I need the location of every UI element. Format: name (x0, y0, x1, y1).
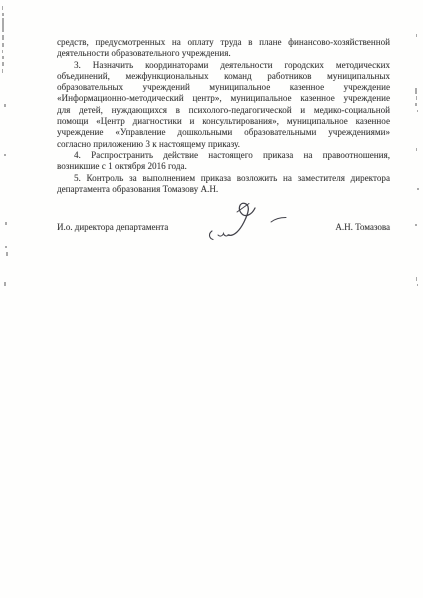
text-line: средств, предусмотренных на оплату труда… (57, 37, 390, 48)
scan-artifact (416, 277, 417, 281)
scanned-document-page: средств, предусмотренных на оплату труда… (0, 0, 423, 598)
scan-artifact (2, 18, 4, 32)
scan-artifact (5, 246, 7, 248)
scan-artifact (2, 6, 3, 10)
scan-artifact (415, 103, 417, 106)
scan-artifact (2, 13, 4, 16)
text-line: помощи «Центр диагностики и консультиров… (57, 116, 390, 127)
text-line: возникшие с 1 октября 2016 года. (57, 161, 390, 172)
text-line: 5. Контроль за выполнением приказа возло… (57, 173, 390, 184)
scan-artifact (417, 188, 419, 190)
scan-artifact (417, 110, 418, 112)
document-body: средств, предусмотренных на оплату труда… (57, 37, 390, 195)
scan-artifact (6, 252, 8, 256)
text-line: деятельности образовательного учреждения… (57, 48, 390, 59)
scan-artifact (4, 104, 6, 107)
signer-position-label: И.о. директора департамента (57, 222, 168, 232)
handwritten-signature-icon (203, 196, 303, 248)
scan-artifact (416, 96, 417, 100)
scan-artifact (4, 154, 6, 156)
scan-artifact (4, 282, 6, 286)
text-line: департамента образования Томазову А.Н. (57, 184, 390, 195)
scan-artifact (416, 34, 417, 37)
scan-artifact (2, 35, 4, 40)
scan-artifact (2, 69, 3, 73)
scan-artifact (2, 62, 4, 66)
scan-artifact (5, 222, 7, 225)
text-line: 3. Назначить координаторами деятельности… (57, 60, 390, 71)
text-line: образовательных учреждений муниципальное… (57, 82, 390, 93)
text-line: для детей, нуждающихся в психолого-педаг… (57, 105, 390, 116)
paragraph-item-3: 3. Назначить координаторами деятельности… (57, 60, 390, 150)
text-line: объединений, межфункциональных команд ра… (57, 71, 390, 82)
signer-name: А.Н. Томазова (335, 222, 390, 232)
scan-artifact (417, 284, 418, 286)
text-line: 4. Распространить действие настоящего пр… (57, 150, 390, 161)
text-line: учреждение «Управление дошкольными образ… (57, 127, 390, 138)
scan-artifact (416, 148, 417, 151)
scan-artifact (2, 43, 4, 47)
text-line: «Информационно-методический центр», муни… (57, 93, 390, 104)
paragraph-item-5: 5. Контроль за выполнением приказа возло… (57, 173, 390, 196)
paragraph-continuation: средств, предусмотренных на оплату труда… (57, 37, 390, 60)
paragraph-item-4: 4. Распространить действие настоящего пр… (57, 150, 390, 173)
scan-artifact (415, 224, 417, 226)
scan-artifact (2, 56, 4, 59)
scan-artifact (2, 50, 3, 53)
scan-artifact (415, 88, 417, 94)
text-line: согласно приложению 3 к настоящему прика… (57, 139, 390, 150)
